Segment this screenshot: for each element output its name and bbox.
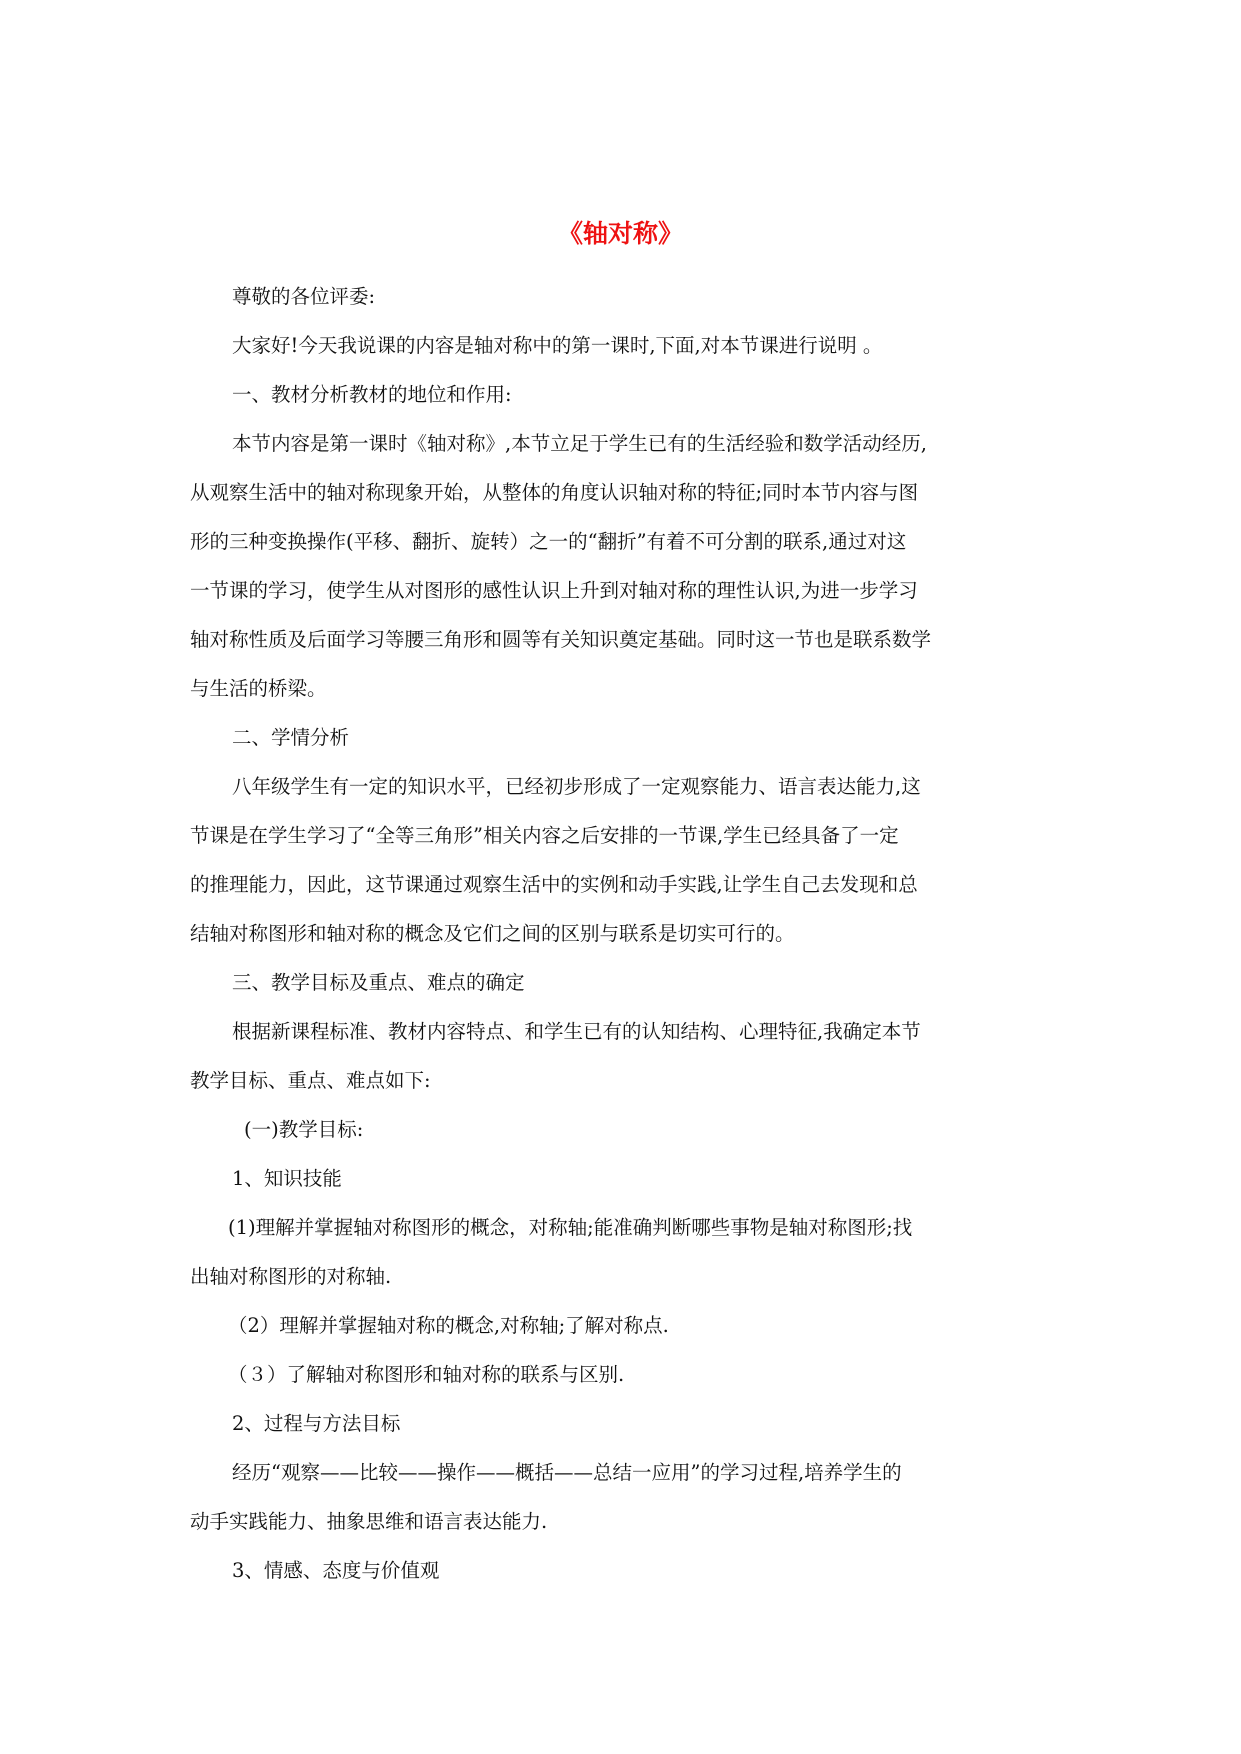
paragraph-line: 大家好!今天我说课的内容是轴对称中的第一课时,下面,对本节课进行说明 。 xyxy=(190,321,1070,370)
paragraph-line: 与生活的桥梁。 xyxy=(190,664,1070,713)
document-body: 尊敬的各位评委:大家好!今天我说课的内容是轴对称中的第一课时,下面,对本节课进行… xyxy=(190,272,1070,1595)
paragraph-line: 节课是在学生学习了“全等三角形”相关内容之后安排的一节课,学生已经具备了一定 xyxy=(190,811,1070,860)
paragraph-line: 二、学情分析 xyxy=(190,713,1070,762)
paragraph-line: (一)教学目标: xyxy=(190,1105,1070,1154)
paragraph-line: 1、知识技能 xyxy=(190,1154,1070,1203)
paragraph-line: 从观察生活中的轴对称现象开始，从整体的角度认识轴对称的特征;同时本节内容与图 xyxy=(190,468,1070,517)
paragraph-line: 的推理能力，因此，这节课通过观察生活中的实例和动手实践,让学生自己去发现和总 xyxy=(190,860,1070,909)
paragraph-line: 教学目标、重点、难点如下: xyxy=(190,1056,1070,1105)
paragraph-line: 八年级学生有一定的知识水平，已经初步形成了一定观察能力、语言表达能力,这 xyxy=(190,762,1070,811)
document-title: 《轴对称》 xyxy=(0,218,1241,250)
paragraph-line: 一节课的学习，使学生从对图形的感性认识上升到对轴对称的理性认识,为进一步学习 xyxy=(190,566,1070,615)
paragraph-line: 形的三种变换操作(平移、翻折、旋转）之一的“翻折”有着不可分割的联系,通过对这 xyxy=(190,517,1070,566)
paragraph-line: （2）理解并掌握轴对称的概念,对称轴;了解对称点. xyxy=(190,1301,1070,1350)
paragraph-line: （３）了解轴对称图形和轴对称的联系与区别. xyxy=(190,1350,1070,1399)
paragraph-line: 3、情感、态度与价值观 xyxy=(190,1546,1070,1595)
paragraph-line: 出轴对称图形的对称轴. xyxy=(190,1252,1070,1301)
paragraph-line: 尊敬的各位评委: xyxy=(190,272,1070,321)
document-page: 《轴对称》 尊敬的各位评委:大家好!今天我说课的内容是轴对称中的第一课时,下面,… xyxy=(0,0,1241,1754)
paragraph-line: 根据新课程标准、教材内容特点、和学生已有的认知结构、心理特征,我确定本节 xyxy=(190,1007,1070,1056)
paragraph-line: 本节内容是第一课时《轴对称》,本节立足于学生已有的生活经验和数学活动经历, xyxy=(190,419,1070,468)
paragraph-line: 2、过程与方法目标 xyxy=(190,1399,1070,1448)
paragraph-line: 动手实践能力、抽象思维和语言表达能力. xyxy=(190,1497,1070,1546)
paragraph-line: 轴对称性质及后面学习等腰三角形和圆等有关知识奠定基础。同时这一节也是联系数学 xyxy=(190,615,1070,664)
paragraph-line: (1)理解并掌握轴对称图形的概念，对称轴;能准确判断哪些事物是轴对称图形;找 xyxy=(190,1203,1070,1252)
paragraph-line: 一、教材分析教材的地位和作用: xyxy=(190,370,1070,419)
paragraph-line: 三、教学目标及重点、难点的确定 xyxy=(190,958,1070,1007)
paragraph-line: 结轴对称图形和轴对称的概念及它们之间的区别与联系是切实可行的。 xyxy=(190,909,1070,958)
paragraph-line: 经历“观察——比较——操作——概括——总结一应用”的学习过程,培养学生的 xyxy=(190,1448,1070,1497)
